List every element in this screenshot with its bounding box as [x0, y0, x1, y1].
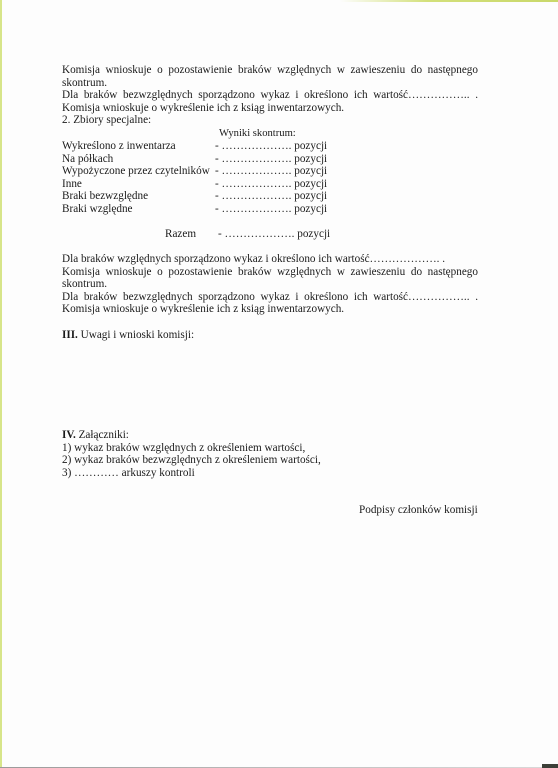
total-label: Razem [165, 228, 196, 241]
scan-edge-left [0, 0, 2, 768]
text-line: Dla braków względnych sporządzono wykaz … [62, 253, 478, 266]
scanned-page: Komisja wnioskuje o pozostawienie braków… [0, 0, 558, 768]
text-line: Dla braków bezwzględnych sporządzono wyk… [62, 89, 478, 102]
row-value: - ………………. pozycji [215, 153, 327, 166]
text-line: Komisja wnioskuje o wykreślenie ich z ks… [62, 102, 478, 115]
text-line: skontrum. [62, 77, 478, 90]
section-title: Załączniki: [79, 429, 129, 441]
text-line: Komisja wnioskuje o pozostawienie braków… [62, 64, 478, 77]
row-value: - ………………. pozycji [215, 190, 327, 203]
text-line: Dla braków bezwzględnych sporządzono wyk… [62, 291, 478, 304]
scan-edge-top [340, 0, 558, 2]
paragraph-block-1: Komisja wnioskuje o pozostawienie braków… [62, 64, 478, 127]
attachment-item: 1) wykaz braków względnych z określeniem… [62, 442, 305, 455]
attachment-item: 2) wykaz braków bezwzględnych z określen… [62, 454, 321, 467]
text-line: Komisja wnioskuje o wykreślenie ich z ks… [62, 303, 478, 316]
signatures-label: Podpisy członków komisji [359, 504, 478, 517]
row-label: Wykreślono z inwentarza [62, 140, 176, 153]
text-line: Komisja wnioskuje o pozostawienie braków… [62, 266, 478, 279]
row-label: Na półkach [62, 153, 113, 166]
row-label: Inne [62, 178, 82, 191]
results-column-header: Wyniki skontrum: [219, 128, 296, 140]
row-value: - ………………. pozycji [215, 165, 327, 178]
row-label: Braki bezwzględne [62, 190, 148, 203]
section-4-heading: IV. Załączniki: [62, 429, 129, 442]
paragraph-block-2: Dla braków względnych sporządzono wykaz … [62, 253, 478, 316]
row-label: Wypożyczone przez czytelników [62, 165, 210, 178]
section-title: Uwagi i wnioski komisji: [81, 329, 194, 341]
attachment-item: 3) ………… arkuszy kontroli [62, 467, 195, 480]
row-value: - ………………. pozycji [215, 140, 327, 153]
row-value: - ………………. pozycji [215, 178, 327, 191]
section-number: IV. [62, 429, 76, 441]
total-value: - ………………. pozycji [218, 228, 330, 241]
row-value: - ………………. pozycji [215, 203, 327, 216]
row-label: Braki względne [62, 203, 133, 216]
subsection-heading: 2. Zbiory specjalne: [62, 114, 478, 127]
section-3-heading: III. Uwagi i wnioski komisji: [62, 329, 194, 342]
section-number: III. [62, 329, 78, 341]
text-line: skontrum. [62, 278, 478, 291]
scan-corner-mark [542, 764, 558, 768]
